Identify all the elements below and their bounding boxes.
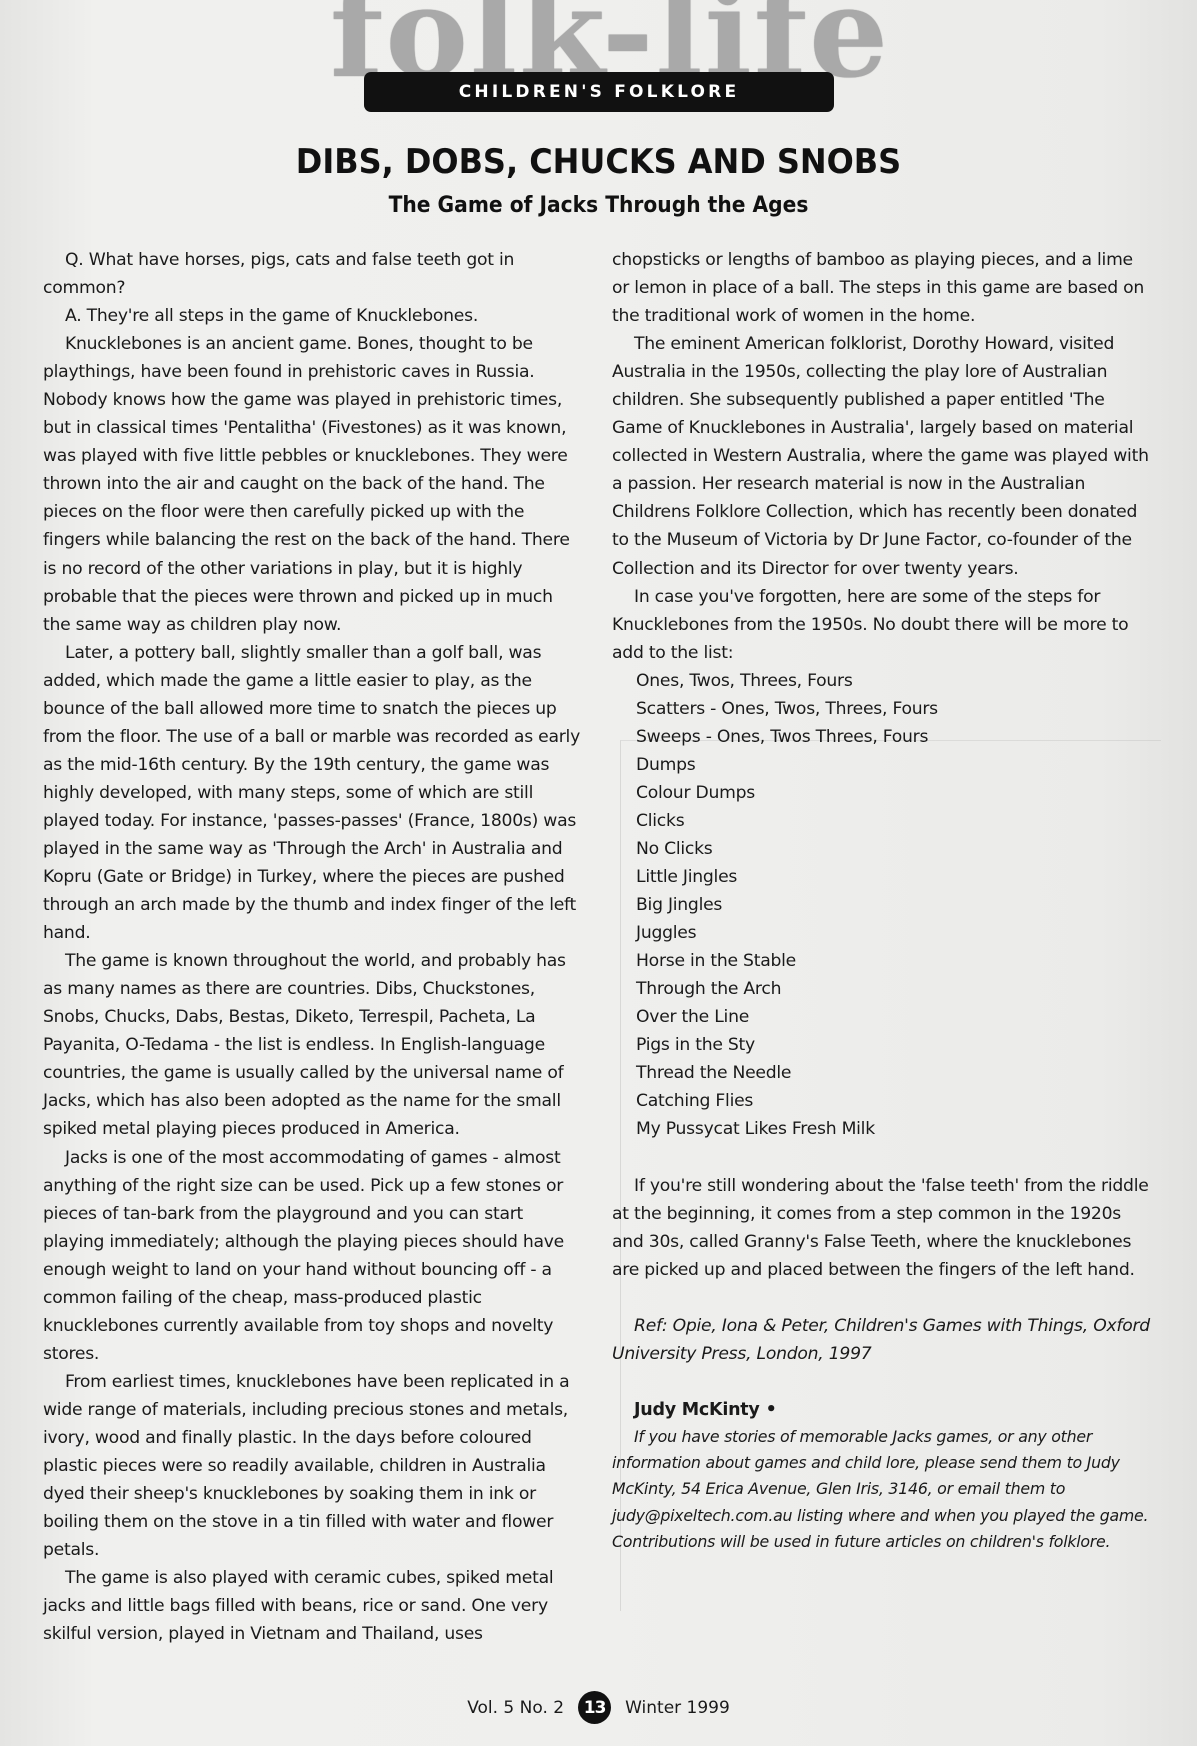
step-item: Through the Arch xyxy=(636,975,1152,1003)
author-name: Judy McKinty xyxy=(634,1400,760,1420)
paragraph-names: The game is known throughout the world, … xyxy=(43,947,583,1143)
step-item: My Pussycat Likes Fresh Milk xyxy=(636,1115,1152,1143)
paragraph-list-intro: In case you've forgotten, here are some … xyxy=(612,583,1152,667)
step-item: Thread the Needle xyxy=(636,1059,1152,1087)
paragraph-pottery-ball: Later, a pottery ball, slightly smaller … xyxy=(43,639,583,948)
step-item: Big Jingles xyxy=(636,891,1152,919)
reference-citation: Ref: Opie, Iona & Peter, Children's Game… xyxy=(612,1312,1152,1368)
step-item: Scatters - Ones, Twos, Threes, Fours xyxy=(636,695,1152,723)
riddle-answer: A. They're all steps in the game of Knuc… xyxy=(43,302,583,330)
spacer xyxy=(612,1284,1152,1312)
left-column: Q. What have horses, pigs, cats and fals… xyxy=(43,246,583,1648)
right-column: chopsticks or lengths of bamboo as playi… xyxy=(612,246,1152,1555)
article-title: DIBS, DOBS, CHUCKS AND SNOBS xyxy=(36,142,1161,182)
step-item: Horse in the Stable xyxy=(636,947,1152,975)
step-item: Little Jingles xyxy=(636,863,1152,891)
paragraph-continuation: chopsticks or lengths of bamboo as playi… xyxy=(612,246,1152,330)
step-item: Sweeps - Ones, Twos Threes, Fours xyxy=(636,723,1152,751)
section-banner: CHILDREN'S FOLKLORE xyxy=(364,72,834,112)
magazine-page: folk-life CHILDREN'S FOLKLORE DIBS, DOBS… xyxy=(0,0,1197,1746)
page-number-badge: 13 xyxy=(578,1691,611,1724)
step-item: Pigs in the Sty xyxy=(636,1031,1152,1059)
issue-label: Winter 1999 xyxy=(625,1698,730,1718)
volume-label: Vol. 5 No. 2 xyxy=(467,1698,564,1718)
spacer xyxy=(612,1144,1152,1172)
step-item: Ones, Twos, Threes, Fours xyxy=(636,667,1152,695)
bullet-icon: • xyxy=(766,1400,777,1420)
step-item: Over the Line xyxy=(636,1003,1152,1031)
riddle-question: Q. What have horses, pigs, cats and fals… xyxy=(43,246,583,302)
step-item: Juggles xyxy=(636,919,1152,947)
paragraph-variants: The game is also played with ceramic cub… xyxy=(43,1564,583,1648)
steps-list: Ones, Twos, Threes, Fours Scatters - One… xyxy=(612,667,1152,1144)
spacer xyxy=(612,1368,1152,1396)
step-item: Catching Flies xyxy=(636,1087,1152,1115)
page-footer: Vol. 5 No. 2 13 Winter 1999 xyxy=(0,1691,1197,1724)
step-item: No Clicks xyxy=(636,835,1152,863)
contact-note: If you have stories of memorable Jacks g… xyxy=(612,1424,1152,1555)
step-item: Clicks xyxy=(636,807,1152,835)
step-item: Colour Dumps xyxy=(636,779,1152,807)
paragraph-materials: From earliest times, knucklebones have b… xyxy=(43,1368,583,1564)
article-subtitle: The Game of Jacks Through the Ages xyxy=(48,193,1149,218)
step-item: Dumps xyxy=(636,751,1152,779)
paragraph-dorothy-howard: The eminent American folklorist, Dorothy… xyxy=(612,330,1152,582)
paragraph-ancient-game: Knucklebones is an ancient game. Bones, … xyxy=(43,330,583,639)
paragraph-false-teeth: If you're still wondering about the 'fal… xyxy=(612,1172,1152,1284)
author-byline: Judy McKinty• xyxy=(612,1396,1152,1424)
paragraph-accommodating: Jacks is one of the most accommodating o… xyxy=(43,1144,583,1368)
